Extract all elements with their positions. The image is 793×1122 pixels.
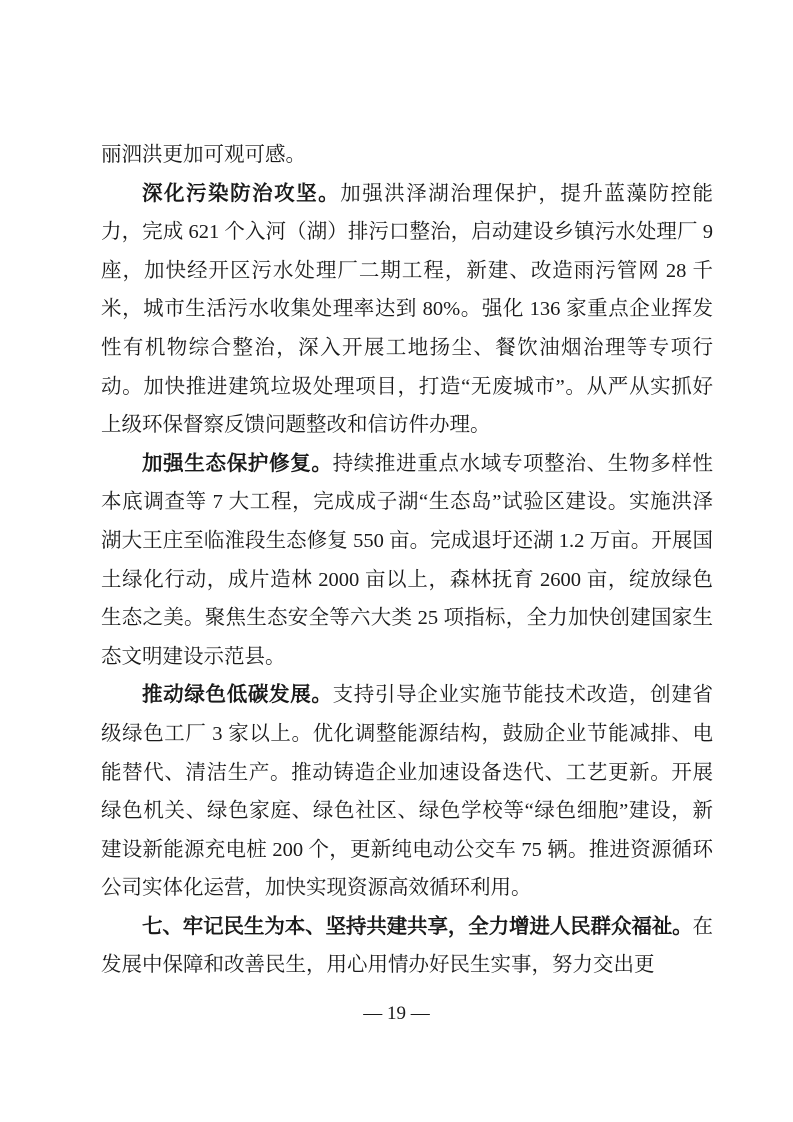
document-page: 丽泗洪更加可观可感。深化污染防治攻坚。加强洪泽湖治理保护，提升蓝藻防控能力，完成… <box>0 0 793 1122</box>
paragraph: 深化污染防治攻坚。加强洪泽湖治理保护，提升蓝藻防控能力，完成 621 个入河（湖… <box>101 175 713 445</box>
paragraph-lead: 深化污染防治攻坚。 <box>142 183 340 205</box>
paragraph-lead: 推动绿色低碳发展。 <box>142 684 333 706</box>
paragraph-text: 加强洪泽湖治理保护，提升蓝藻防控能力，完成 621 个入河（湖）排污口整治，启动… <box>101 183 713 437</box>
section-heading: 七、牢记民生为本、坚持共建共享，全力增进人民群众福祉。 <box>142 915 693 938</box>
paragraph-text: 持续推进重点水域专项整治、生物多样性本底调查等 7 大工程，完成成子湖“生态岛”… <box>101 453 713 668</box>
document-body: 丽泗洪更加可观可感。深化污染防治攻坚。加强洪泽湖治理保护，提升蓝藻防控能力，完成… <box>101 136 713 985</box>
paragraph: 七、牢记民生为本、坚持共建共享，全力增进人民群众福祉。在发展中保障和改善民生，用… <box>101 908 713 985</box>
paragraph-text: 支持引导企业实施节能技术改造，创建省级绿色工厂 3 家以上。优化调整能源结构，鼓… <box>101 684 713 899</box>
paragraph-lead: 加强生态保护修复。 <box>142 453 333 475</box>
paragraph: 丽泗洪更加可观可感。 <box>101 136 713 175</box>
page-number: — 19 — <box>0 1002 793 1026</box>
paragraph-text: 丽泗洪更加可观可感。 <box>101 144 306 166</box>
paragraph: 加强生态保护修复。持续推进重点水域专项整治、生物多样性本底调查等 7 大工程，完… <box>101 445 713 677</box>
paragraph: 推动绿色低碳发展。支持引导企业实施节能技术改造，创建省级绿色工厂 3 家以上。优… <box>101 676 713 908</box>
